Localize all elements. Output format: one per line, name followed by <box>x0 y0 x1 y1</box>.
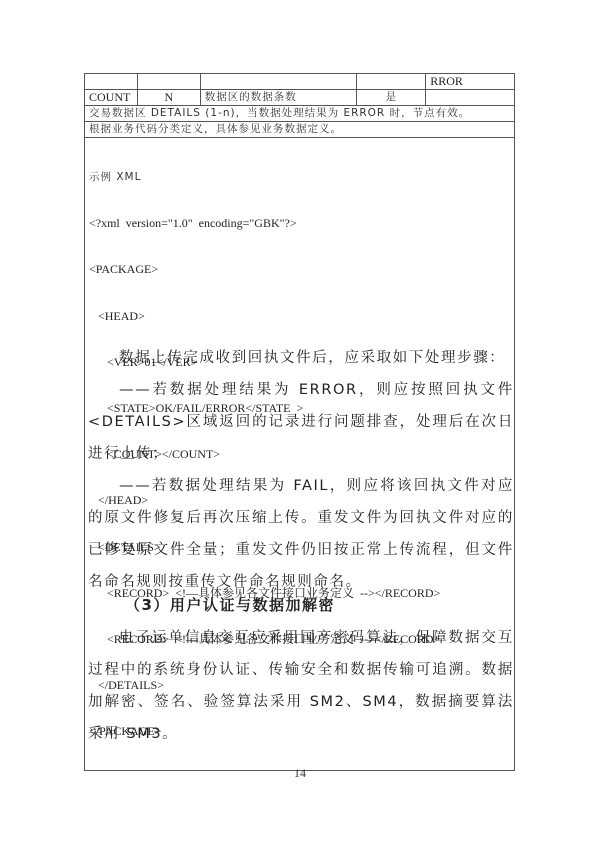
xml-line: <PACKAGE> <box>89 261 510 277</box>
table-cell <box>200 74 357 90</box>
table-row: COUNT N 数据区的数据条数 是 <box>85 90 515 106</box>
field-required-cell: 是 <box>357 90 426 106</box>
paragraph: 数据上传完成收到回执文件后，应采取如下处理步骤： <box>88 342 514 374</box>
paragraph-crypto: 电子运单信息交互应采用国产密码算法，保障数据交互过程中的系统身份认证、传输安全和… <box>88 622 514 750</box>
crypto-section: 电子运单信息交互应采用国产密码算法，保障数据交互过程中的系统身份认证、传输安全和… <box>88 622 514 750</box>
business-note: 根据业务代码分类定义，具体参见业务数据定义。 <box>85 122 515 138</box>
table-cell <box>357 74 426 90</box>
table-cell <box>85 74 138 90</box>
field-name-cell: COUNT <box>85 90 138 106</box>
table-row: 交易数据区 DETAILS (1-n)，当数据处理结果为 ERROR 时，节点有… <box>85 106 515 122</box>
processing-steps-section: 数据上传完成收到回执文件后，应采取如下处理步骤： ——若数据处理结果为 ERRO… <box>88 342 514 598</box>
table-cell: RROR <box>426 74 515 90</box>
table-cell <box>426 90 515 106</box>
paragraph-error-handling: ——若数据处理结果为 ERROR，则应按照回执文件<DETAILS>区域返回的记… <box>88 374 514 470</box>
section-heading: （3）用户认证与数据加解密 <box>125 594 335 615</box>
xml-line: <?xml version="1.0" encoding="GBK"?> <box>89 215 510 231</box>
table-row: RROR <box>85 74 515 90</box>
field-type-cell: N <box>137 90 200 106</box>
paragraph-fail-handling: ——若数据处理结果为 FAIL，则应将该回执文件对应的原文件修复后再次压缩上传。… <box>88 470 514 598</box>
page-number: 14 <box>0 766 600 781</box>
field-desc-cell: 数据区的数据条数 <box>200 90 357 106</box>
table-cell <box>137 74 200 90</box>
table-row: 根据业务代码分类定义，具体参见业务数据定义。 <box>85 122 515 138</box>
example-label: 示例 XML <box>89 169 510 185</box>
details-note: 交易数据区 DETAILS (1-n)，当数据处理结果为 ERROR 时，节点有… <box>85 106 515 122</box>
xml-line: <HEAD> <box>89 308 510 324</box>
